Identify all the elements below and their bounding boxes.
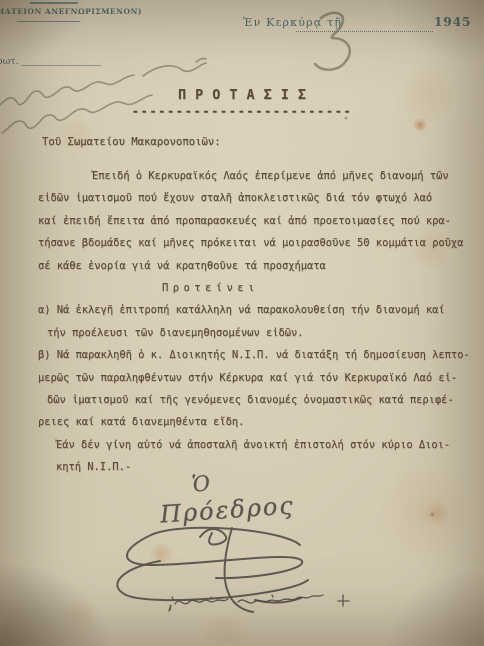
- paper-stain: [190, 618, 260, 642]
- addressee-line: Τοῦ Σωματείου Μακαρονοποιῶν:: [42, 136, 221, 148]
- dateline-year: 1945: [434, 15, 471, 29]
- typed-line: καί ἐπειδή ἔπειτα ἀπό προπαρασκευές καί …: [38, 210, 482, 232]
- paper-speck: [430, 512, 435, 517]
- paper-stain: [148, 543, 174, 565]
- letterhead-association-name: ΜΑΤΕΙΟΝ ΑΝΕΓΝΩΡΙΣΜΕΝΟΝ): [0, 7, 142, 16]
- typed-line: ρειες καί κατά διανεμηθέντα εἴδη.: [38, 411, 482, 433]
- document-title: ΠΡΟΤΑΣΙΣ: [0, 87, 484, 103]
- typed-line: εἰδῶν ἱματισμοῦ πού ἔχουν σταλῆ ἀποκλεισ…: [38, 187, 482, 209]
- typed-line: μερῶς τῶν παραληφθέντων στήν Κέρκυρα καί…: [38, 367, 482, 389]
- document-page: ΜΑΤΕΙΟΝ ΑΝΕΓΝΩΡΙΣΜΕΝΟΝ) ρωτ. Ἐν Κερκύρᾳ …: [0, 0, 484, 646]
- secretary-note-handwritten: [169, 595, 349, 611]
- letterhead-rule-bottom: [17, 21, 80, 22]
- typed-line: σέ κάθε ἐνορία γιά νά κρατηθοῦνε τά προσ…: [38, 255, 482, 277]
- typed-line: Ἐπειδή ὁ Κερκυραϊκός Λαός ἐπερίμενε ἀπό …: [38, 165, 482, 187]
- paper-stain: [413, 118, 427, 132]
- protocol-number-label: ρωτ.: [0, 56, 19, 67]
- typed-line: β) Νά παρακληθῆ ὁ κ. Διοικητής Ν.Ι.Π. νά…: [38, 344, 482, 366]
- typed-line: Ἐάν δέν γίνη αὐτό νά ἀποσταλῆ ἀνοικτή ἐπ…: [38, 434, 482, 456]
- handwritten-president-title: Πρόεδρος: [159, 491, 295, 528]
- proposes-heading: Προτείνει: [38, 277, 482, 299]
- paper-stain: [424, 500, 450, 526]
- handwritten-president-article: Ὁ: [191, 471, 211, 497]
- title-underline: -------------------------: [0, 104, 484, 118]
- typed-line: δῶν ἱματισμοῦ καί τῆς γενόμενες διανομές…: [38, 389, 482, 411]
- protocol-number-line: [21, 65, 101, 66]
- dateline-fill-line: [296, 18, 433, 32]
- letterhead-rule-top: [30, 2, 78, 4]
- paper-stain: [60, 600, 100, 630]
- president-signature: [117, 528, 308, 612]
- document-body: Ἐπειδή ὁ Κερκυραϊκός Λαός ἐπερίμενε ἀπό …: [38, 165, 482, 479]
- typed-line: τήν προέλευσι τῶν διανεμηθησομένων εἰδῶν…: [38, 322, 482, 344]
- typed-line: α) Νά ἐκλεγῆ ἐπιτροπή κατάλληλη νά παρακ…: [38, 299, 482, 321]
- typed-line: κητή Ν.Ι.Π.-: [38, 456, 482, 478]
- typed-line: τήσανε βδομάδες καί μῆνες πρόκειται νά μ…: [38, 232, 482, 254]
